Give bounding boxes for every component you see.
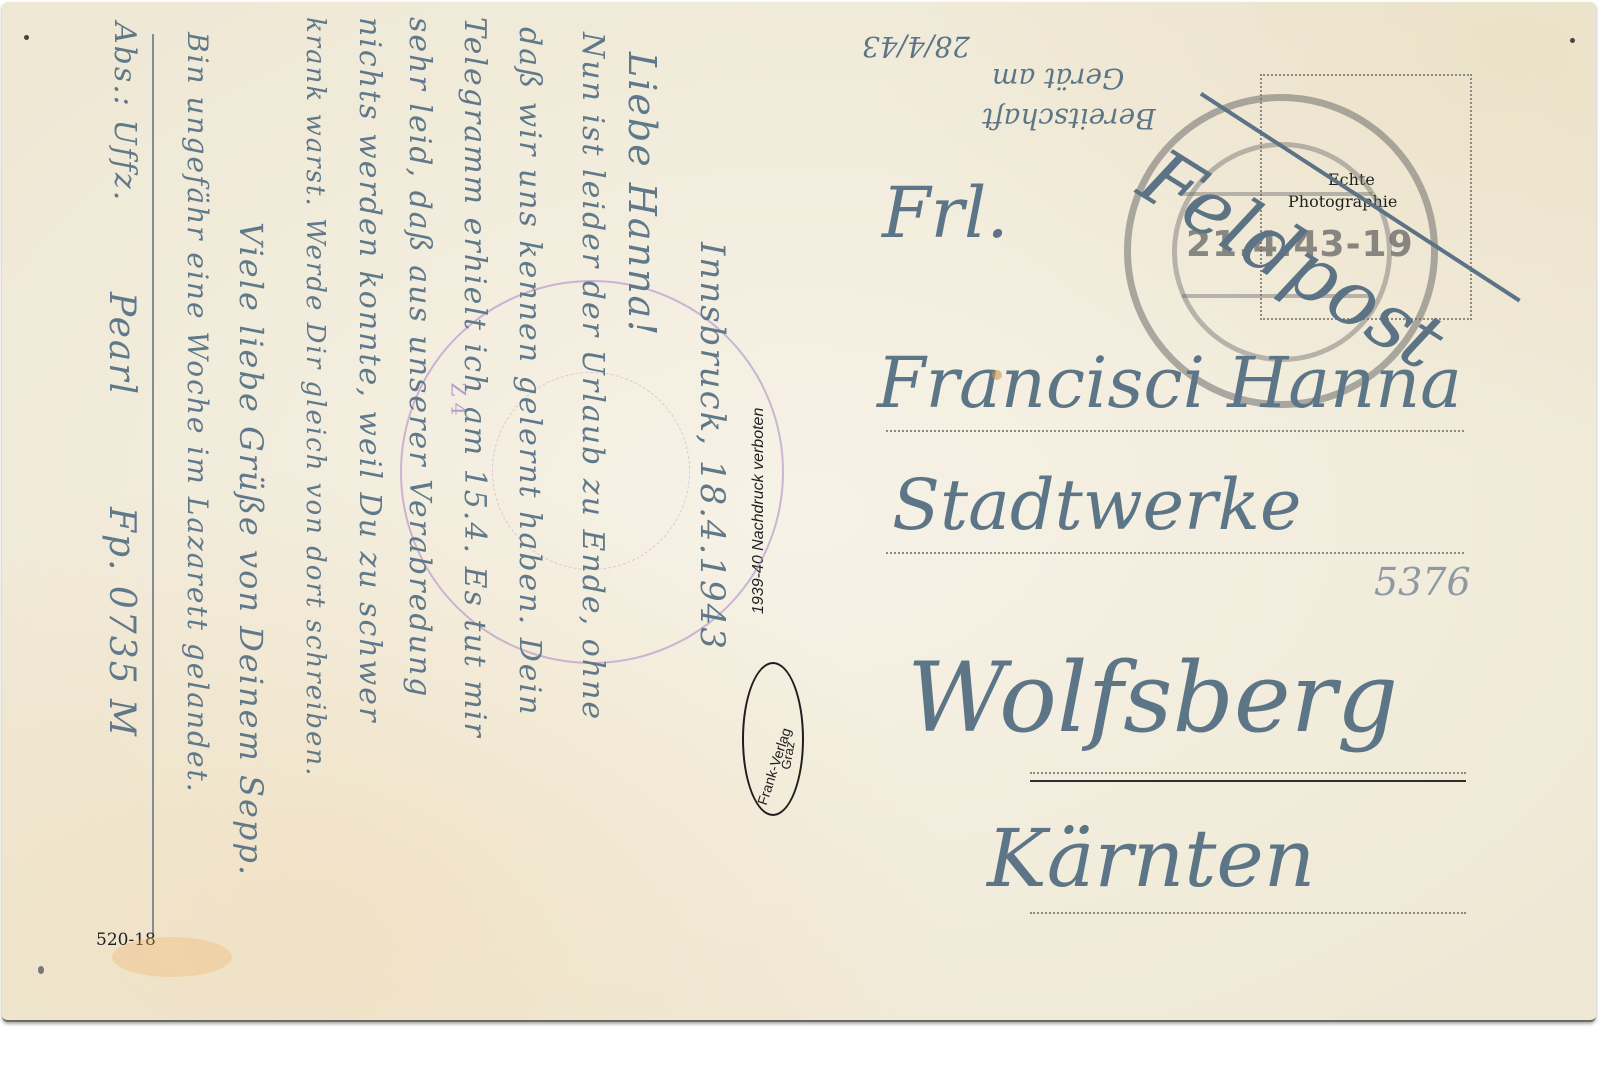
pin-hole: [38, 966, 44, 974]
top-note-text-1: Gerät am: [992, 62, 1124, 95]
top-note-text-2: Bereitschaft: [982, 102, 1156, 135]
message-line: Viele liebe Grüße von Deinem Sepp.: [232, 222, 270, 877]
sender-name: Pearl: [101, 292, 142, 396]
message-line: sehr leid, daß aus unserer Verabredung: [402, 17, 437, 698]
pin-hole: [24, 35, 29, 40]
address-line-4: [1030, 912, 1466, 914]
postcard-back: Echte Photographie 21.4.43-19 Feldpost 2…: [2, 2, 1596, 1022]
address-line-2-rule: [886, 552, 1464, 554]
sender-feldpost: Fp. 0735 M: [101, 507, 142, 738]
address-prefix: Frl.: [882, 172, 1009, 254]
message-line: nichts werden konnte, weil Du zu schwer: [352, 17, 387, 723]
top-note-number: 28/4/43: [862, 30, 970, 63]
message-line: daß wir uns kennen gelernt haben. Dein: [512, 27, 547, 716]
message-line: Bin ungefähr eine Woche im Lazarett gela…: [181, 32, 214, 794]
address-city-underline: [1030, 780, 1466, 782]
address-region: Kärnten: [987, 812, 1315, 905]
address-line-2: Stadtwerke: [892, 464, 1301, 546]
sender-prefix: Abs.: Uffz.: [107, 22, 142, 202]
stain-dot: [992, 370, 1002, 380]
sender-divider: [152, 34, 154, 934]
pencil-note: 5376: [1374, 560, 1471, 604]
message-line: Telegramm erhielt ich am 15.4. Es tut mi…: [457, 17, 492, 739]
address-line-1: [886, 430, 1464, 432]
message-line: Nun ist leider der Urlaub zu Ende, ohne: [575, 32, 610, 721]
pin-hole: [1570, 38, 1575, 43]
place-date: Innsbruck, 18.4.1943: [692, 242, 732, 651]
address-city: Wolfsberg: [907, 642, 1398, 754]
stain-orange: [112, 937, 232, 977]
address-name: Francisci Hanna: [877, 342, 1462, 424]
message-line: Liebe Hanna!: [620, 52, 664, 337]
address-line-3: [1030, 772, 1466, 774]
message-line: krank warst. Werde Dir gleich von dort s…: [300, 17, 330, 777]
